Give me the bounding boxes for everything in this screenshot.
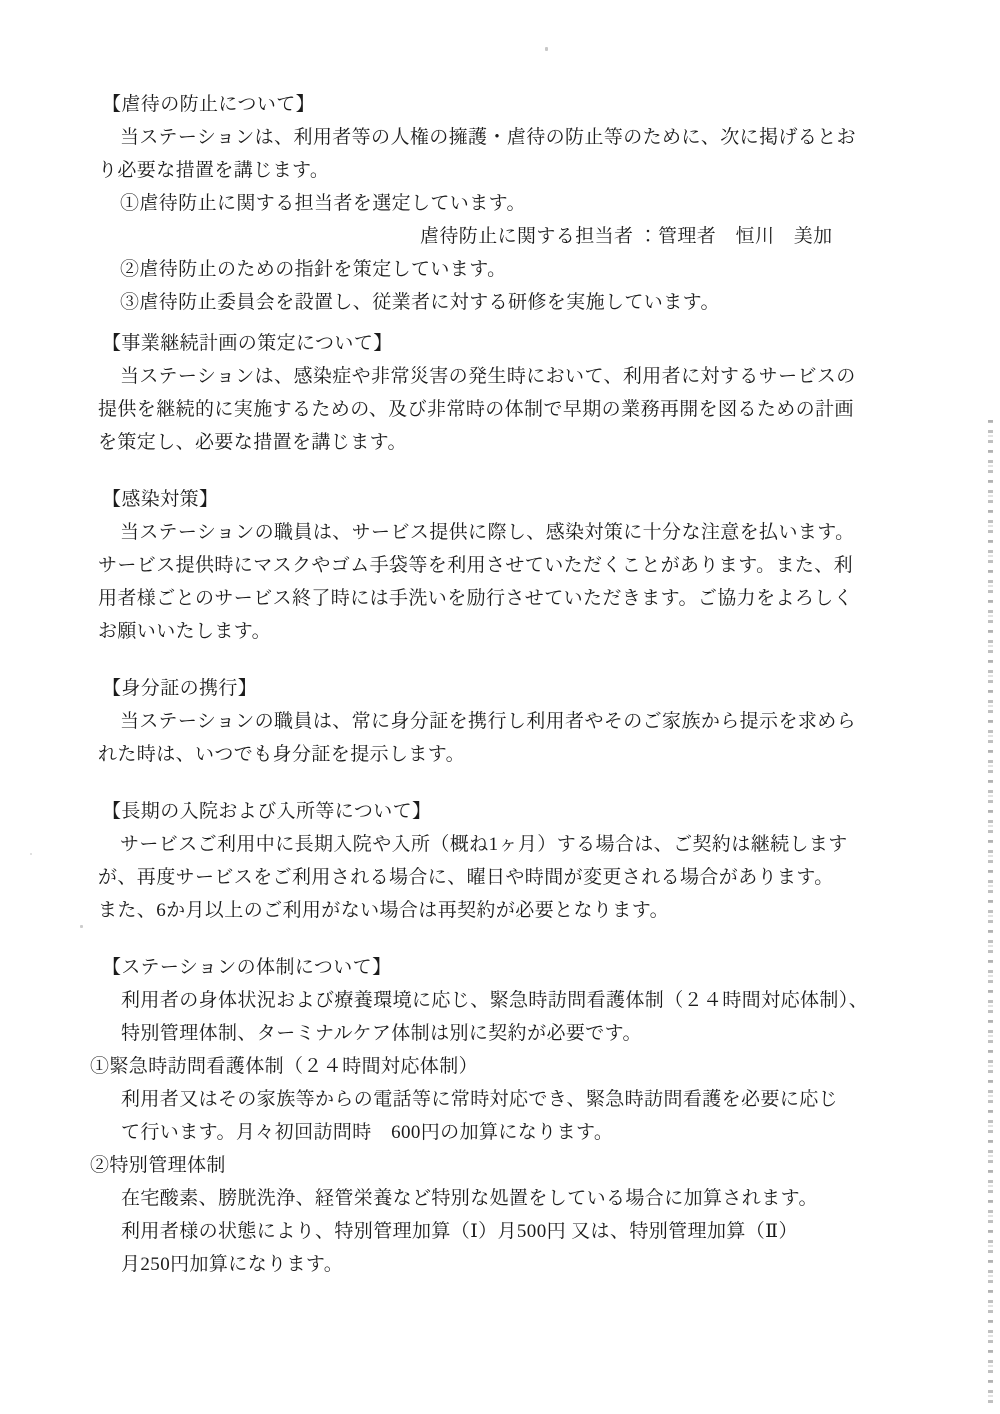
- text-line: 当ステーションは、感染症や非常災害の発生時において、利用者に対するサービスの: [120, 360, 1000, 393]
- text-line: 提供を継続的に実施するための、及び非常時の体制で早期の業務再開を図るための計画: [98, 393, 1000, 426]
- section-heading: 【事業継続計画の策定について】: [102, 327, 1000, 360]
- section-abuse-prevention: 【虐待の防止について】 当ステーションは、利用者等の人権の擁護・虐待の防止等のた…: [0, 88, 1000, 319]
- text-line: ③虐待防止委員会を設置し、従業者に対する研修を実施しています。: [120, 286, 1000, 319]
- text-line: れた時は、いつでも身分証を提示します。: [98, 738, 1000, 771]
- text-line: 利用者又はその家族等からの電話等に常時対応でき、緊急時訪問看護を必要に応じ: [121, 1083, 1000, 1116]
- scan-noise-right-edge: [988, 420, 993, 1408]
- scan-speck: [30, 853, 32, 855]
- text-line: サービス提供時にマスクやゴム手袋等を利用させていただくことがあります。また、利: [98, 549, 1000, 582]
- section-heading: 【虐待の防止について】: [102, 88, 1000, 121]
- text-line: お願いいたします。: [98, 615, 1000, 648]
- text-line: 利用者の身体状況および療養環境に応じ、緊急時訪問看護体制（２４時間対応体制）、: [121, 984, 1000, 1017]
- text-line: 用者様ごとのサービス終了時には手洗いを励行させていただきます。ご協力をよろしく: [98, 582, 1000, 615]
- text-line: ①虐待防止に関する担当者を選定しています。: [120, 187, 1000, 220]
- text-line: 月250円加算になります。: [121, 1248, 1000, 1281]
- text-line: り必要な措置を講じます。: [98, 154, 1000, 187]
- text-line: ①緊急時訪問看護体制（２４時間対応体制）: [90, 1050, 1000, 1083]
- text-line: 利用者様の状態により、特別管理加算（Ⅰ）月500円 又は、特別管理加算（Ⅱ）: [121, 1215, 1000, 1248]
- text-line: ②虐待防止のための指針を策定しています。: [120, 253, 1000, 286]
- document-body: 【虐待の防止について】 当ステーションは、利用者等の人権の擁護・虐待の防止等のた…: [0, 88, 1000, 1305]
- scan-speck: [80, 925, 83, 928]
- section-infection-control: 【感染対策】 当ステーションの職員は、サービス提供に際し、感染対策に十分な注意を…: [0, 483, 1000, 648]
- section-business-continuity: 【事業継続計画の策定について】 当ステーションは、感染症や非常災害の発生時におい…: [0, 327, 1000, 459]
- text-line: 特別管理体制、ターミナルケア体制は別に契約が必要です。: [121, 1017, 1000, 1050]
- text-line: ②特別管理体制: [90, 1149, 1000, 1182]
- section-long-term-hospitalization: 【長期の入院および入所等について】 サービスご利用中に長期入院や入所（概ね1ヶ月…: [0, 795, 1000, 927]
- text-line: 在宅酸素、膀胱洗浄、経管栄養など特別な処置をしている場合に加算されます。: [121, 1182, 1000, 1215]
- text-line: 当ステーションの職員は、常に身分証を携行し利用者やそのご家族から提示を求めら: [120, 705, 1000, 738]
- scanned-document-page: 【虐待の防止について】 当ステーションは、利用者等の人権の擁護・虐待の防止等のた…: [0, 0, 1000, 1414]
- text-line: て行います。月々初回訪問時 600円の加算になります。: [121, 1116, 1000, 1149]
- section-heading: 【身分証の携行】: [102, 672, 1000, 705]
- text-line: が、再度サービスをご利用される場合に、曜日や時間が変更される場合があります。: [98, 861, 1000, 894]
- section-station-system: 【ステーションの体制について】 利用者の身体状況および療養環境に応じ、緊急時訪問…: [0, 951, 1000, 1281]
- section-heading: 【長期の入院および入所等について】: [102, 795, 1000, 828]
- scan-speck: [545, 47, 548, 51]
- text-line: また、6か月以上のご利用がない場合は再契約が必要となります。: [98, 894, 1000, 927]
- text-line: 当ステーションは、利用者等の人権の擁護・虐待の防止等のために、次に掲げるとお: [120, 121, 1000, 154]
- text-line: を策定し、必要な措置を講じます。: [98, 426, 1000, 459]
- text-line: 当ステーションの職員は、サービス提供に際し、感染対策に十分な注意を払います。: [120, 516, 1000, 549]
- section-id-card: 【身分証の携行】 当ステーションの職員は、常に身分証を携行し利用者やそのご家族か…: [0, 672, 1000, 771]
- section-heading: 【感染対策】: [102, 483, 1000, 516]
- abuse-prevention-manager-line: 虐待防止に関する担当者 ：管理者 恒川 美加: [420, 220, 1000, 253]
- section-heading: 【ステーションの体制について】: [102, 951, 1000, 984]
- text-line: サービスご利用中に長期入院や入所（概ね1ヶ月）する場合は、ご契約は継続します: [120, 828, 1000, 861]
